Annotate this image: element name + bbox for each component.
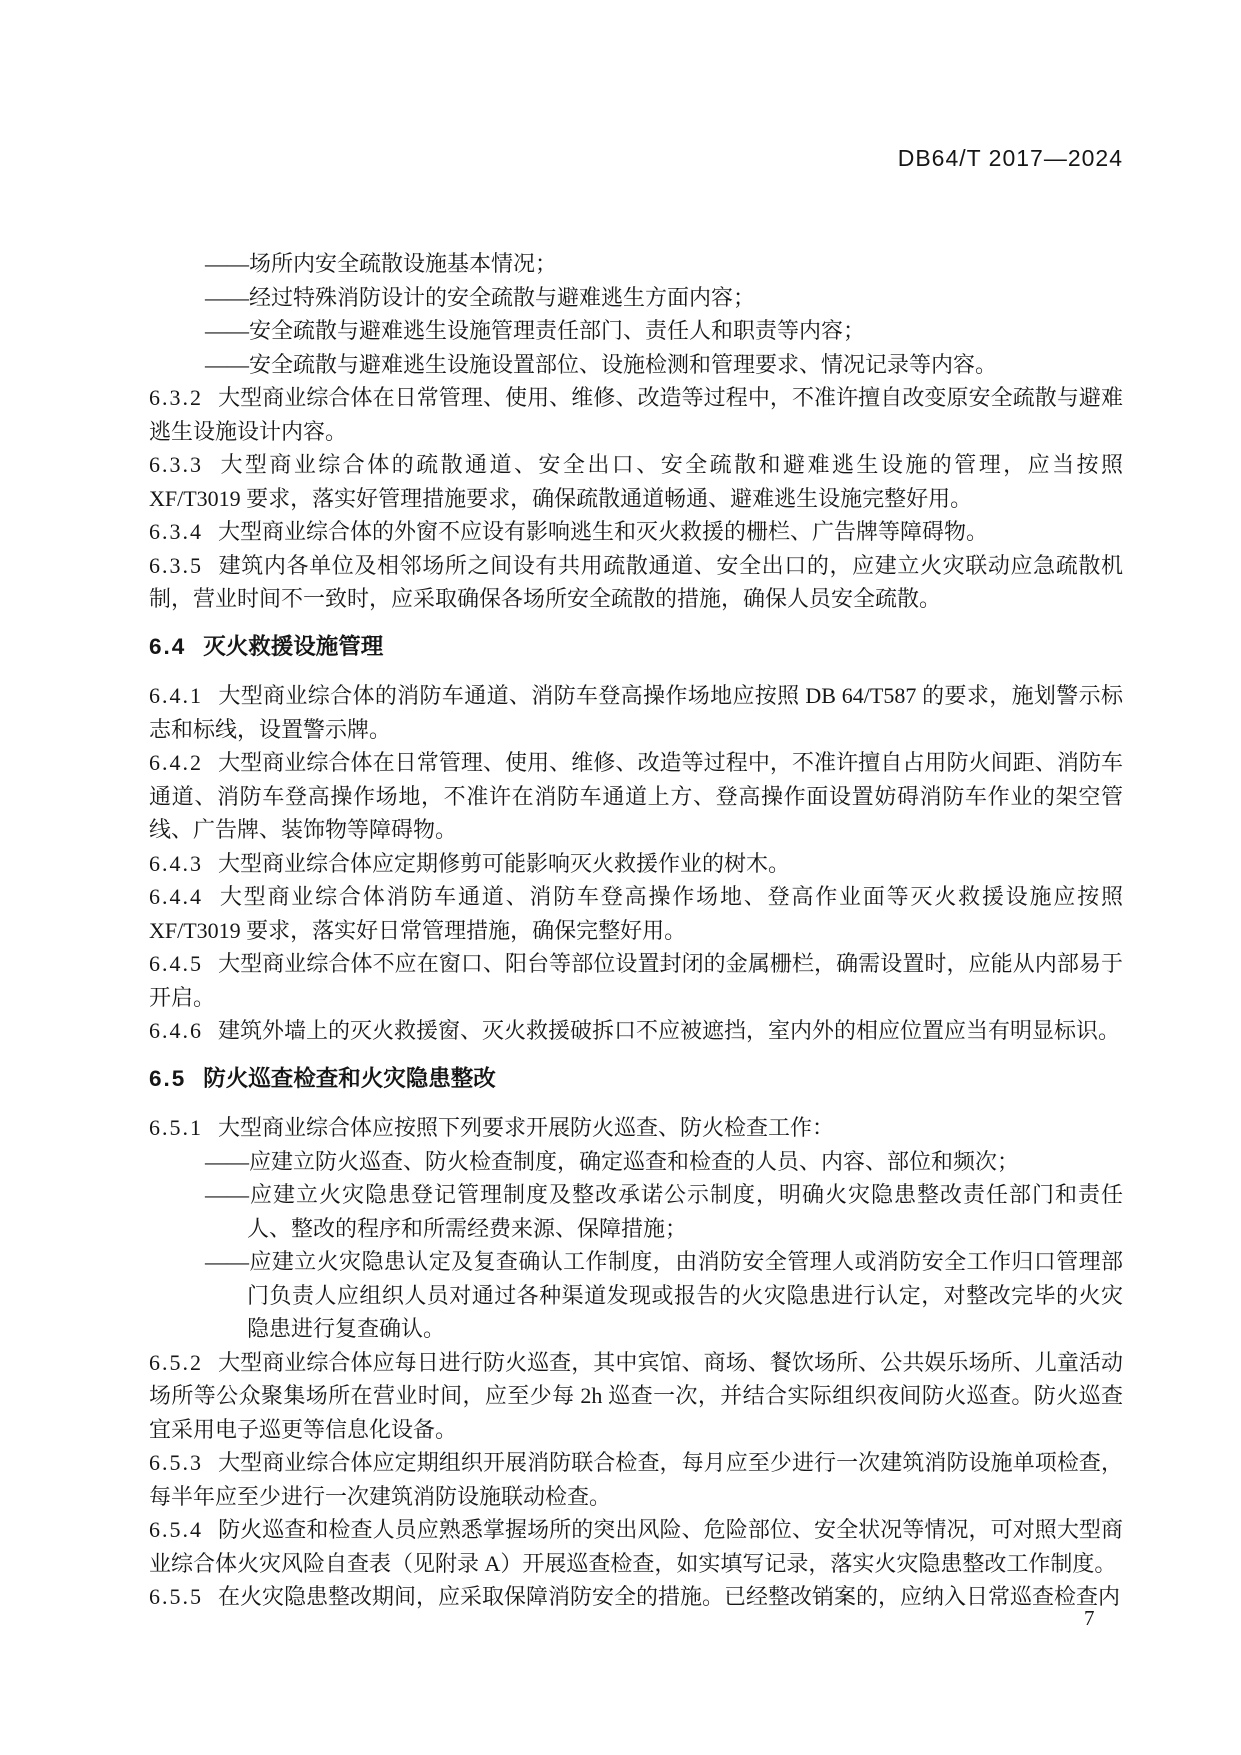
clause-text: 大型商业综合体消防车通道、消防车登高操作场地、登高作业面等灭火救援设施应按照 X… (149, 884, 1123, 943)
page-number: 7 (1084, 1606, 1095, 1631)
clause-6-3-3: 6.3.3大型商业综合体的疏散通道、安全出口、安全疏散和避难逃生设施的管理，应当… (149, 448, 1123, 515)
clause-text: 大型商业综合体应定期修剪可能影响灭火救援作业的树木。 (218, 851, 790, 876)
clause-text: 建筑外墙上的灭火救援窗、灭火救援破拆口不应被遮挡，室内外的相应位置应当有明显标识… (218, 1018, 1120, 1043)
clause-text: 大型商业综合体应定期组织开展消防联合检查，每月应至少进行一次建筑消防设施单项检查… (149, 1450, 1123, 1509)
dash-list-item: ——场所内安全疏散设施基本情况； (149, 247, 1123, 281)
clause-6-4-6: 6.4.6建筑外墙上的灭火救援窗、灭火救援破拆口不应被遮挡，室内外的相应位置应当… (149, 1014, 1123, 1048)
section-title: 防火巡查检查和火灾隐患整改 (203, 1066, 496, 1091)
clause-text: 大型商业综合体的消防车通道、消防车登高操作场地应按照 DB 64/T587 的要… (149, 683, 1123, 742)
clause-number: 6.4.6 (149, 1018, 203, 1043)
clause-6-3-4: 6.3.4大型商业综合体的外窗不应设有影响逃生和灭火救援的栅栏、广告牌等障碍物。 (149, 515, 1123, 549)
clause-6-5-1: 6.5.1大型商业综合体应按照下列要求开展防火巡查、防火检查工作： (149, 1111, 1123, 1145)
section-title: 灭火救援设施管理 (203, 634, 383, 659)
clause-text: 大型商业综合体的疏散通道、安全出口、安全疏散和避难逃生设施的管理，应当按照 XF… (149, 452, 1123, 511)
clause-number: 6.5.3 (149, 1450, 203, 1475)
clause-number: 6.3.2 (149, 385, 203, 410)
section-6-4-heading: 6.4灭火救援设施管理 (149, 630, 1123, 664)
clause-text: 建筑内各单位及相邻场所之间设有共用疏散通道、安全出口的，应建立火灾联动应急疏散机… (149, 553, 1123, 612)
clause-number: 6.3.5 (149, 553, 203, 578)
clause-6-4-3: 6.4.3大型商业综合体应定期修剪可能影响灭火救援作业的树木。 (149, 847, 1123, 881)
clause-number: 6.4.5 (149, 951, 203, 976)
clause-number: 6.4.4 (149, 884, 203, 909)
clause-6-4-4: 6.4.4大型商业综合体消防车通道、消防车登高操作场地、登高作业面等灭火救援设施… (149, 880, 1123, 947)
clause-6-4-5: 6.4.5大型商业综合体不应在窗口、阳台等部位设置封闭的金属栅栏，确需设置时，应… (149, 947, 1123, 1014)
dash-list-item: ——经过特殊消防设计的安全疏散与避难逃生方面内容； (149, 281, 1123, 315)
clause-6-4-1: 6.4.1大型商业综合体的消防车通道、消防车登高操作场地应按照 DB 64/T5… (149, 679, 1123, 746)
clause-text: 大型商业综合体的外窗不应设有影响逃生和灭火救援的栅栏、广告牌等障碍物。 (218, 519, 988, 544)
clause-text: 在火灾隐患整改期间，应采取保障消防安全的措施。已经整改销案的，应纳入日常巡查检查… (218, 1584, 1120, 1609)
clause-number: 6.3.4 (149, 519, 203, 544)
clause-6-5-5: 6.5.5在火灾隐患整改期间，应采取保障消防安全的措施。已经整改销案的，应纳入日… (149, 1580, 1123, 1614)
clause-6-3-5: 6.3.5建筑内各单位及相邻场所之间设有共用疏散通道、安全出口的，应建立火灾联动… (149, 549, 1123, 616)
section-number: 6.4 (149, 634, 186, 659)
clause-number: 6.3.3 (149, 452, 203, 477)
clause-number: 6.4.2 (149, 750, 203, 775)
section-number: 6.5 (149, 1066, 186, 1091)
clause-text: 大型商业综合体应每日进行防火巡查，其中宾馆、商场、餐饮场所、公共娱乐场所、儿童活… (149, 1350, 1123, 1442)
clause-number: 6.5.2 (149, 1350, 203, 1375)
clause-text: 大型商业综合体在日常管理、使用、维修、改造等过程中，不准许擅自改变原安全疏散与避… (149, 385, 1123, 444)
clause-6-4-2: 6.4.2大型商业综合体在日常管理、使用、维修、改造等过程中，不准许擅自占用防火… (149, 746, 1123, 847)
section-6-5-heading: 6.5防火巡查检查和火灾隐患整改 (149, 1062, 1123, 1096)
clause-number: 6.5.5 (149, 1584, 203, 1609)
clause-6-3-2: 6.3.2大型商业综合体在日常管理、使用、维修、改造等过程中，不准许擅自改变原安… (149, 381, 1123, 448)
clause-text: 大型商业综合体应按照下列要求开展防火巡查、防火检查工作： (218, 1115, 834, 1140)
clause-number: 6.5.1 (149, 1115, 203, 1140)
dash-list-item: ——应建立防火巡查、防火检查制度，确定巡查和检查的人员、内容、部位和频次； (149, 1145, 1123, 1179)
clause-text: 防火巡查和检查人员应熟悉掌握场所的突出风险、危险部位、安全状况等情况，可对照大型… (149, 1517, 1123, 1576)
clause-number: 6.5.4 (149, 1517, 203, 1542)
clause-text: 大型商业综合体不应在窗口、阳台等部位设置封闭的金属栅栏，确需设置时，应能从内部易… (149, 951, 1123, 1010)
clause-6-3-1-dash-list: ——场所内安全疏散设施基本情况； ——经过特殊消防设计的安全疏散与避难逃生方面内… (149, 247, 1123, 381)
clause-6-5-1-dash-list: ——应建立防火巡查、防火检查制度，确定巡查和检查的人员、内容、部位和频次； ——… (149, 1145, 1123, 1346)
dash-list-item: ——安全疏散与避难逃生设施管理责任部门、责任人和职责等内容； (149, 314, 1123, 348)
clause-number: 6.4.3 (149, 851, 203, 876)
dash-list-item: ——应建立火灾隐患登记管理制度及整改承诺公示制度，明确火灾隐患整改责任部门和责任… (149, 1178, 1123, 1245)
document-code: DB64/T 2017—2024 (898, 145, 1123, 172)
dash-list-item: ——安全疏散与避难逃生设施设置部位、设施检测和管理要求、情况记录等内容。 (149, 348, 1123, 382)
dash-list-item: ——应建立火灾隐患认定及复查确认工作制度，由消防安全管理人或消防安全工作归口管理… (149, 1245, 1123, 1346)
clause-number: 6.4.1 (149, 683, 203, 708)
page-content: ——场所内安全疏散设施基本情况； ——经过特殊消防设计的安全疏散与避难逃生方面内… (149, 247, 1123, 1614)
clause-text: 大型商业综合体在日常管理、使用、维修、改造等过程中，不准许擅自占用防火间距、消防… (149, 750, 1123, 842)
clause-6-5-3: 6.5.3大型商业综合体应定期组织开展消防联合检查，每月应至少进行一次建筑消防设… (149, 1446, 1123, 1513)
clause-6-5-2: 6.5.2大型商业综合体应每日进行防火巡查，其中宾馆、商场、餐饮场所、公共娱乐场… (149, 1346, 1123, 1447)
clause-6-5-4: 6.5.4防火巡查和检查人员应熟悉掌握场所的突出风险、危险部位、安全状况等情况，… (149, 1513, 1123, 1580)
